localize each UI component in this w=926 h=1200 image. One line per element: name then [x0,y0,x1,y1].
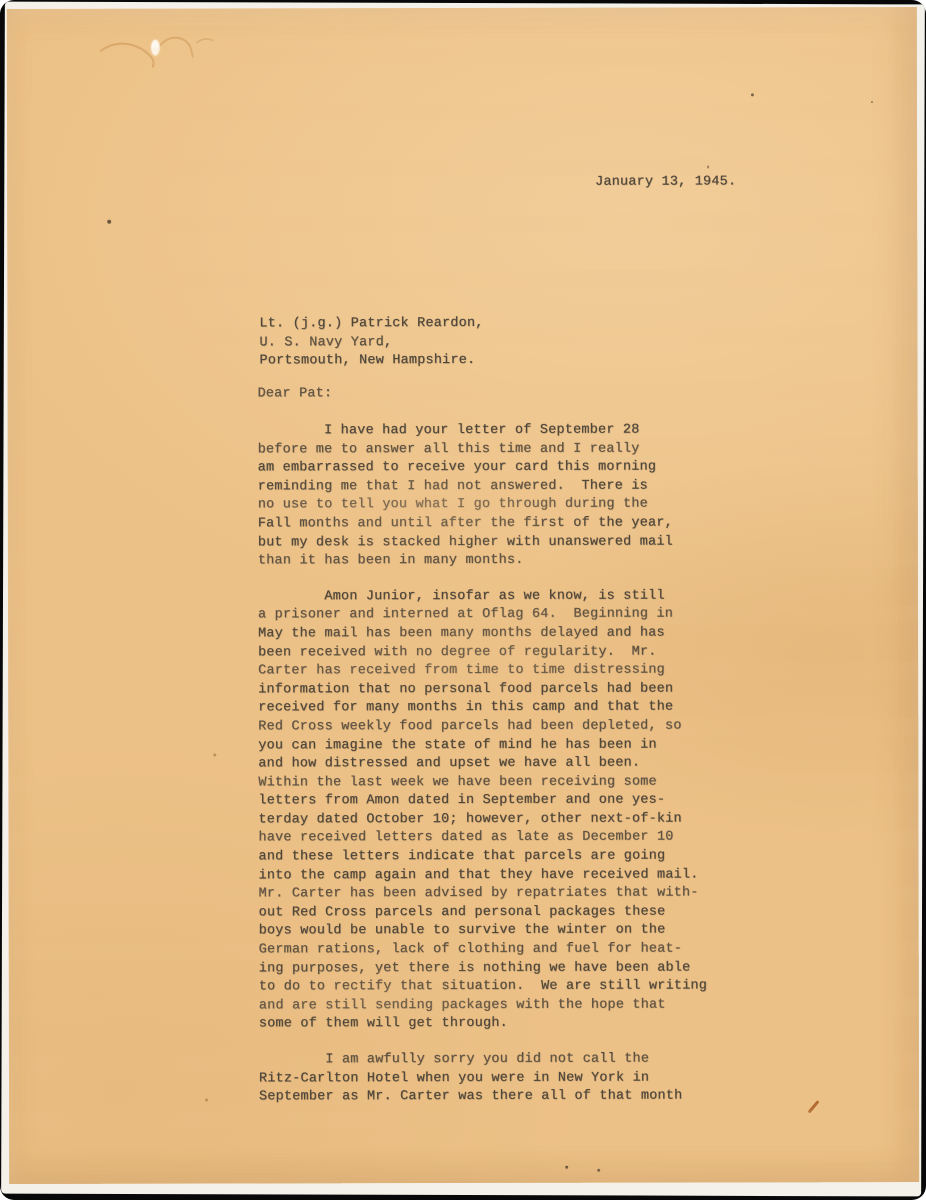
recipient-address: Lt. (j.g.) Patrick Reardon, U. S. Navy Y… [259,315,483,371]
letter-paragraph: Amon Junior, insofar as we know, is stil… [258,587,729,1034]
letter-date: January 13, 1945. [595,173,736,192]
letter-paper: January 13, 1945. Lt. (j.g.) Patrick Rea… [7,7,919,1184]
salutation: Dear Pat: [258,385,333,404]
letter-paragraph: I have had your letter of September 28 b… [258,421,728,571]
letter-content: January 13, 1945. Lt. (j.g.) Patrick Rea… [7,7,919,1184]
letter-body: I have had your letter of September 28 b… [258,421,729,1124]
scanned-letter-page: January 13, 1945. Lt. (j.g.) Patrick Rea… [0,0,926,1200]
letter-paragraph: I am awfully sorry you did not call the … [259,1050,729,1107]
